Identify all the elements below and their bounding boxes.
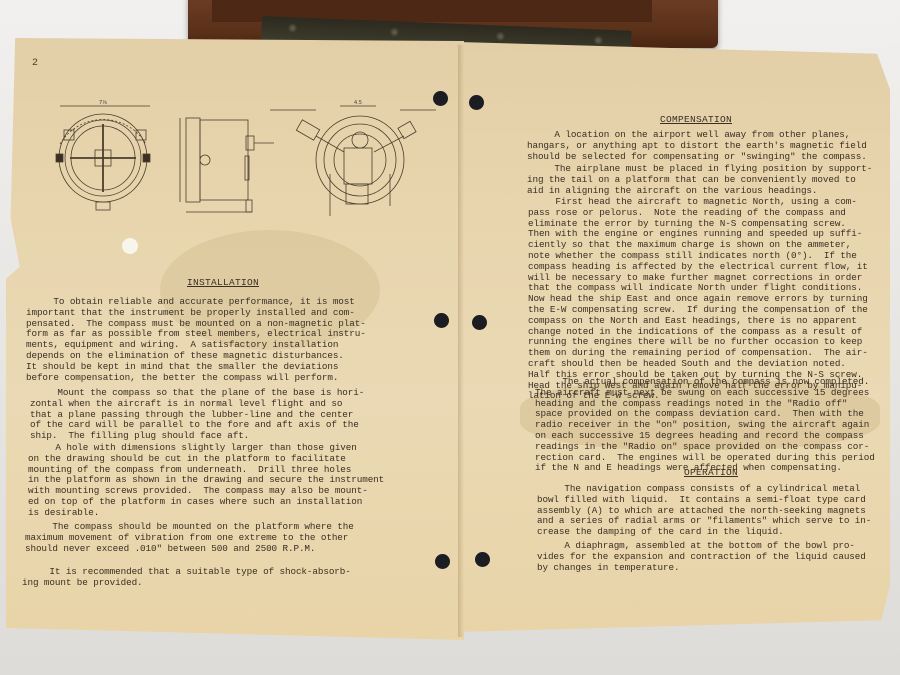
page-number: 2: [32, 58, 38, 69]
installation-paragraph: A hole with dimensions slightly larger t…: [28, 443, 384, 519]
page-fold: [458, 45, 464, 637]
compensation-paragraph: A location on the airport well away from…: [527, 130, 867, 162]
screw-icon: [495, 31, 505, 41]
compensation-paragraph: The actual compensation of the compass i…: [535, 377, 875, 474]
svg-text:7⅛: 7⅛: [99, 100, 107, 106]
punch-hole: [475, 552, 490, 567]
punch-hole: [435, 554, 450, 569]
operation-heading: OPERATION: [684, 467, 738, 478]
punch-hole: [434, 313, 449, 328]
compensation-heading: COMPENSATION: [660, 114, 732, 125]
punch-hole: [469, 95, 484, 110]
front-view: [56, 106, 150, 210]
compass-mounting-diagram: 7⅛ 4.5: [40, 96, 440, 256]
installation-heading: INSTALLATION: [187, 277, 259, 288]
rear-view: [270, 106, 436, 216]
screw-icon: [593, 35, 603, 45]
punch-hole: [472, 315, 487, 330]
installation-paragraph: It is recommended that a suitable type o…: [22, 567, 351, 589]
operation-paragraph: The navigation compass consists of a cyl…: [537, 484, 871, 538]
installation-paragraph: Mount the compass so that the plane of t…: [30, 388, 364, 442]
svg-text:4.5: 4.5: [354, 100, 362, 106]
compensation-paragraph: First head the aircraft to magnetic Nort…: [528, 197, 868, 402]
installation-paragraph: The compass should be mounted on the pla…: [25, 522, 354, 554]
installation-paragraph: To obtain reliable and accurate performa…: [26, 297, 366, 383]
operation-paragraph: A diaphragm, assembled at the bottom of …: [537, 541, 866, 573]
side-view: [180, 118, 274, 212]
screw-icon: [389, 27, 399, 37]
screw-icon: [287, 23, 297, 33]
compensation-paragraph: The airplane must be placed in flying po…: [527, 164, 872, 196]
